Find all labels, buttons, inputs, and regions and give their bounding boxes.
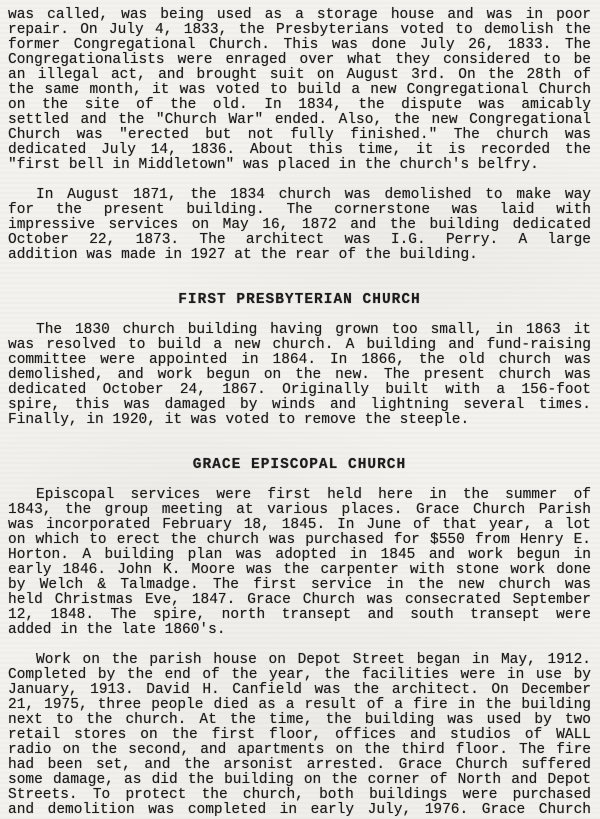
typed-line: Work on the parish house on Depot Street… <box>8 653 591 668</box>
typed-line: 1843, the group meeting at various place… <box>8 503 591 518</box>
typed-line: former Congregational Church. This was d… <box>8 38 591 53</box>
typed-line: by Welch & Talmadge. The first service i… <box>8 578 591 593</box>
typed-line: was incorporated February 18, 1845. In J… <box>8 518 591 533</box>
typed-line: next to the church. At the time, the bui… <box>8 713 591 728</box>
typed-line: the same month, it was voted to build a … <box>8 83 591 98</box>
typed-line: early 1846. John K. Moore was the carpen… <box>8 563 591 578</box>
typed-line: radio on the second, and apartments on t… <box>8 743 591 758</box>
typed-line: Finally, in 1920, it was voted to remove… <box>8 413 591 428</box>
typed-line: January, 1913. David H. Canfield was the… <box>8 683 591 698</box>
typed-line: October 22, 1873. The architect was I.G.… <box>8 233 591 248</box>
typed-line: 21, 1975, three people died as a result … <box>8 698 591 713</box>
typed-line: retail stores on the first floor, office… <box>8 728 591 743</box>
section-heading: FIRST PRESBYTERIAN CHURCH <box>8 293 591 308</box>
typed-line: committee were appointed in 1864. In 186… <box>8 353 591 368</box>
typed-line: had been set, and the arsonist arrested.… <box>8 758 591 773</box>
typed-line: In August 1871, the 1834 church was demo… <box>8 188 591 203</box>
typed-line: The 1830 church building having grown to… <box>8 323 591 338</box>
typed-line: Completed by the end of the year, the fa… <box>8 668 591 683</box>
typed-line: on the site of the old. In 1834, the dis… <box>8 98 591 113</box>
typed-paragraph: The 1830 church building having grown to… <box>8 323 591 428</box>
typed-line: was called, was being used as a storage … <box>8 8 591 23</box>
typed-paragraph: Episcopal services were first held here … <box>8 488 591 638</box>
typed-line: some damage, as did the building on the … <box>8 773 591 788</box>
typed-line: Congregationalists were enraged over wha… <box>8 53 591 68</box>
typed-line: for the present building. The cornerston… <box>8 203 591 218</box>
typed-line: "first bell in Middletown" was placed in… <box>8 158 591 173</box>
typed-line: held Christmas Eve, 1847. Grace Church w… <box>8 593 591 608</box>
typed-line: Horton. A building plan was adopted in 1… <box>8 548 591 563</box>
typed-line: settled and the "Church War" ended. Also… <box>8 113 591 128</box>
typed-paragraph: was called, was being used as a storage … <box>8 8 591 173</box>
typed-line: dedicated July 14, 1836. About this time… <box>8 143 591 158</box>
typed-line: addition was made in 1927 at the rear of… <box>8 248 591 263</box>
document-page: was called, was being used as a storage … <box>0 0 600 819</box>
typed-line: spire, this was damaged by winds and lig… <box>8 398 591 413</box>
typed-line: impressive services on May 16, 1872 and … <box>8 218 591 233</box>
typed-line: 12, 1848. The spire, north transept and … <box>8 608 591 623</box>
typed-paragraph: In August 1871, the 1834 church was demo… <box>8 188 591 263</box>
typed-line: demolished, and work begun on the new. T… <box>8 368 591 383</box>
typed-line: Episcopal services were first held here … <box>8 488 591 503</box>
typed-line: dedicated October 24, 1867. Originally b… <box>8 383 591 398</box>
typed-line: was resolved to build a new church. A bu… <box>8 338 591 353</box>
typed-line: on which to erect the church was purchas… <box>8 533 591 548</box>
typed-line: Streets. To protect the church, both bui… <box>8 788 591 803</box>
typed-line: repair. On July 4, 1833, the Presbyteria… <box>8 23 591 38</box>
typed-line: added in the late 1860's. <box>8 623 591 638</box>
typed-line: and demolition was completed in early Ju… <box>8 803 591 818</box>
typed-line: Church was "erected but not fully finish… <box>8 128 591 143</box>
typed-paragraph: Work on the parish house on Depot Street… <box>8 653 591 818</box>
typed-line: an illegal act, and brought suit on Augu… <box>8 68 591 83</box>
section-heading: GRACE EPISCOPAL CHURCH <box>8 458 591 473</box>
